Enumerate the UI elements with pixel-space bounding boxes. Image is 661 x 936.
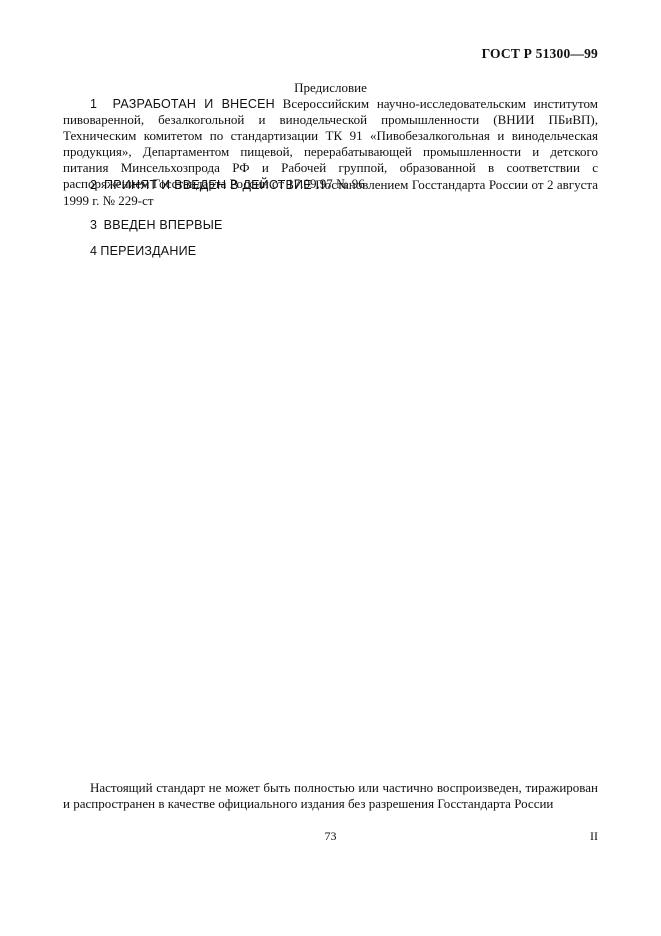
- page-number: 73: [0, 829, 661, 844]
- item-heading: РАЗРАБОТАН И ВНЕСЕН: [113, 97, 275, 111]
- notice-text: Настоящий стандарт не может быть полност…: [63, 780, 598, 811]
- item-number: 2: [90, 178, 97, 192]
- item-heading: ВВЕДЕН ВПЕРВЫЕ: [104, 218, 223, 232]
- section-title: Предисловие: [0, 80, 661, 96]
- preface-item-2: 2 ПРИНЯТ И ВВЕДЕН В ДЕЙСТВИЕ Постановлен…: [63, 177, 598, 209]
- preface-item-3: 3 ВВЕДЕН ВПЕРВЫЕ: [63, 217, 598, 233]
- item-heading: ПРИНЯТ И ВВЕДЕН В ДЕЙСТВИЕ: [104, 178, 312, 192]
- item-number: 3: [90, 218, 97, 232]
- document-page: ГОСТ Р 51300—99 Предисловие 1 РАЗРАБОТАН…: [0, 0, 661, 936]
- standard-code: ГОСТ Р 51300—99: [482, 46, 598, 62]
- item-heading: ПЕРЕИЗДАНИЕ: [100, 244, 196, 258]
- item-number: 4: [90, 244, 97, 258]
- roman-page-number: II: [590, 829, 598, 844]
- item-number: 1: [90, 97, 97, 111]
- copyright-notice: Настоящий стандарт не может быть полност…: [63, 780, 598, 812]
- preface-item-4: 4 ПЕРЕИЗДАНИЕ: [63, 243, 598, 259]
